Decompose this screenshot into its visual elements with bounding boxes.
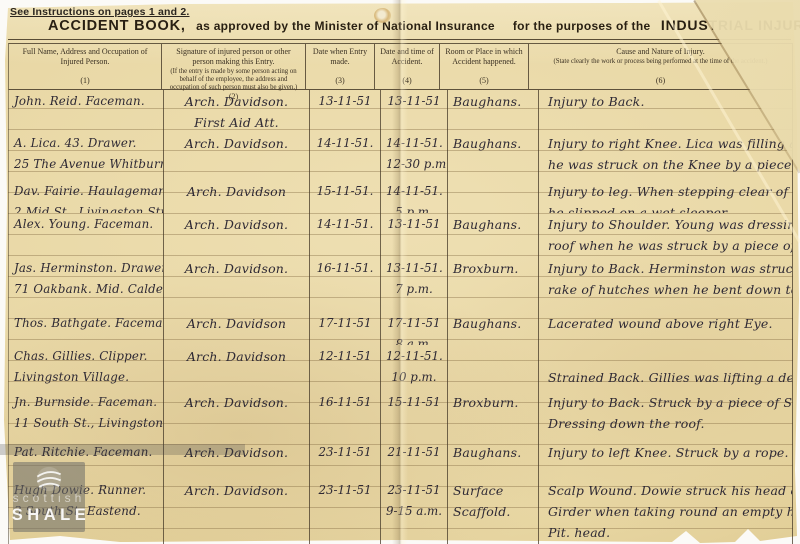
handwritten-line: Baughans. — [453, 442, 533, 463]
column-label-group: Cause and Nature of Injury. (State clear… — [533, 47, 788, 66]
cell-name: Dav. Fairie. Haulageman.2 Mid St., Livin… — [9, 180, 164, 213]
table-row: Hugh Dowie. Runner.3 South St. Eastend.A… — [8, 479, 793, 544]
handwritten-line: A. Lica. 43. Drawer. — [14, 133, 158, 154]
handwritten-line: 8 a.m. — [386, 334, 442, 345]
cell-signature: Arch. Davidson — [164, 312, 310, 345]
handwritten-line: Injury to left Knee. Struck by a rope. — [548, 442, 787, 463]
handwritten-line: 23-11-51 — [315, 442, 375, 463]
handwritten-line: 3 South St. Eastend. — [14, 501, 158, 522]
cell-entry-date: 16-11-51. — [310, 257, 381, 312]
column-number: (5) — [444, 76, 524, 87]
column-subnote: (If the entry is made by some person act… — [166, 68, 301, 93]
cell-cause: Scalp Wound. Dowie struck his head on a … — [539, 479, 793, 544]
column-header-place: Room or Place in which Accident happened… — [440, 44, 529, 89]
handwritten-line: Broxburn. — [453, 392, 533, 413]
handwritten-line: 12-11-51 — [315, 346, 375, 367]
cell-name: Jas. Herminston. Drawer.71 Oakbank. Mid.… — [9, 257, 164, 312]
handwritten-line: 10 p.m. — [386, 367, 442, 388]
cell-signature: Arch. Davidson — [164, 180, 310, 213]
handwritten-line: 13-11-51 — [315, 91, 375, 112]
table-row: Alex. Young. Faceman.Arch. Davidson.14-1… — [8, 213, 793, 257]
column-header-accident-datetime: Date and time of Accident. (4) — [375, 44, 440, 89]
cell-cause: Injury to Back. Struck by a piece of Sha… — [539, 391, 793, 441]
cell-signature: Arch. Davidson. — [164, 132, 310, 180]
handwritten-line — [548, 346, 787, 367]
handwritten-line: John. Reid. Faceman. — [14, 91, 158, 112]
handwritten-line: Pat. Ritchie. Faceman. — [14, 442, 158, 463]
table-row: Thos. Bathgate. Faceman.Arch. Davidson17… — [8, 312, 793, 345]
document-title: ACCIDENT BOOK, as approved by the Minist… — [48, 17, 780, 35]
cell-place: Baughans. — [448, 441, 539, 479]
column-header-full-name: Full Name, Address and Occupation of Inj… — [9, 44, 162, 89]
cell-signature: Arch. Davidson. — [164, 213, 310, 257]
cell-cause: Lacerated wound above right Eye. — [539, 312, 793, 345]
handwritten-line: First Aid Att. — [169, 112, 304, 132]
handwritten-line: Baughans. — [453, 214, 533, 235]
handwritten-line: Strained Back. Gillies was lifting a der… — [548, 367, 787, 388]
table-header: Full Name, Address and Occupation of Inj… — [8, 43, 793, 90]
column-label: Full Name, Address and Occupation of Inj… — [13, 47, 157, 67]
title-purposes: for the purposes of the — [513, 19, 651, 33]
cell-cause: Injury to leg. When stepping clear of Ri… — [539, 180, 793, 213]
handwritten-line: Baughans. — [453, 133, 533, 154]
handwritten-line: Injury to Back. — [548, 91, 787, 112]
cell-accident-datetime: 17-11-518 a.m. — [381, 312, 448, 345]
column-label: Date when Entry made. — [310, 47, 370, 67]
cell-place: Baughans. — [448, 213, 539, 257]
handwritten-line: he was struck on the Knee by a piece of … — [548, 154, 787, 175]
cell-signature: Arch. Davidson.First Aid Att. — [164, 90, 310, 132]
scanned-document: See Instructions on pages 1 and 2. ACCID… — [0, 0, 800, 544]
column-label-group: Signature of injured person or other per… — [166, 47, 301, 92]
handwritten-line: 13-11-51 — [386, 214, 442, 235]
handwritten-line: Injury to right Knee. Lica was filling a… — [548, 133, 787, 154]
column-number: (4) — [379, 76, 435, 87]
handwritten-line: Surface — [453, 480, 533, 501]
cell-name: A. Lica. 43. Drawer.25 The Avenue Whitbu… — [9, 132, 164, 180]
handwritten-line: Dav. Fairie. Haulageman. — [14, 181, 158, 202]
handwritten-line: Alex. Young. Faceman. — [14, 214, 158, 235]
handwritten-line: 14-11-51. — [386, 181, 442, 202]
column-label: Cause and Nature of Injury. — [533, 47, 788, 57]
cell-cause: Injury to right Knee. Lica was filling a… — [539, 132, 793, 180]
column-subnote: (State clearly the work or process being… — [533, 58, 788, 66]
handwritten-line: Broxburn. — [453, 258, 533, 279]
table-row: Jn. Burnside. Faceman.11 South St., Livi… — [8, 391, 793, 441]
cell-name: Alex. Young. Faceman. — [9, 213, 164, 257]
handwritten-line: Injury to Back. Herminston was struck by… — [548, 258, 787, 279]
cell-entry-date: 14-11-51. — [310, 132, 381, 180]
cell-name: Jn. Burnside. Faceman.11 South St., Livi… — [9, 391, 164, 441]
handwritten-line: 12-30 p.m. — [386, 154, 442, 175]
handwritten-line: Arch. Davidson. — [169, 480, 304, 501]
cell-accident-datetime: 12-11-51.10 p.m. — [381, 345, 448, 391]
title-divider-rule — [8, 39, 791, 40]
handwritten-line: Baughans. — [453, 91, 533, 112]
table-row: Jas. Herminston. Drawer.71 Oakbank. Mid.… — [8, 257, 793, 312]
handwritten-line: Livingston Village. — [14, 367, 158, 388]
column-header-signature: Signature of injured person or other per… — [162, 44, 306, 89]
cell-place — [448, 345, 539, 391]
handwritten-line: he slipped on a wet sleeper. — [548, 202, 787, 213]
cell-place: Baughans. — [448, 90, 539, 132]
column-label: Room or Place in which Accident happened… — [444, 47, 524, 67]
cell-name: Chas. Gillies. Clipper.Livingston Villag… — [9, 345, 164, 391]
handwritten-line: Arch. Davidson. — [169, 392, 304, 413]
cell-accident-datetime: 23-11-519-15 a.m. — [381, 479, 448, 544]
handwritten-line: Arch. Davidson — [169, 181, 304, 202]
handwritten-line: 15-11-51. — [315, 181, 375, 202]
table-row: John. Reid. Faceman.Arch. Davidson.First… — [8, 90, 793, 132]
cell-accident-datetime: 14-11-51.5 p.m. — [381, 180, 448, 213]
handwritten-line: 15-11-51 — [386, 392, 442, 413]
handwritten-line: rake of hutches when he bent down to lif… — [548, 279, 787, 300]
handwritten-line: 11 South St., Livingston Stn. — [14, 413, 158, 434]
handwritten-line: Girder when taking round an empty hutch … — [548, 501, 787, 522]
handwritten-line: 17-11-51 — [386, 313, 442, 334]
handwritten-line: 16-11-51 — [315, 392, 375, 413]
accident-table: Full Name, Address and Occupation of Inj… — [8, 43, 793, 544]
handwritten-line: Scalp Wound. Dowie struck his head on a … — [548, 480, 787, 501]
title-approved: as approved by the Minister of National … — [196, 19, 495, 33]
cell-entry-date: 14-11-51. — [310, 213, 381, 257]
cell-place: SurfaceScaffold. — [448, 479, 539, 544]
cell-place — [448, 180, 539, 213]
handwritten-line: Hugh Dowie. Runner. — [14, 480, 158, 501]
handwritten-line: 13-11-51 — [386, 91, 442, 112]
paper-stain — [374, 8, 391, 23]
cell-accident-datetime: 13-11-51 — [381, 213, 448, 257]
table-row: Dav. Fairie. Haulageman.2 Mid St., Livin… — [8, 180, 793, 213]
handwritten-line: Dressing down the roof. — [548, 413, 787, 434]
handwritten-line: 23-11-51 — [315, 480, 375, 501]
column-label: Signature of injured person or other per… — [166, 47, 301, 67]
cell-place: Baughans. — [448, 132, 539, 180]
table-row: Chas. Gillies. Clipper.Livingston Villag… — [8, 345, 793, 391]
cell-accident-datetime: 21-11-51 — [381, 441, 448, 479]
handwritten-line: 7 p.m. — [386, 279, 442, 300]
cell-signature: Arch. Davidson. — [164, 257, 310, 312]
table-row: A. Lica. 43. Drawer.25 The Avenue Whitbu… — [8, 132, 793, 180]
cell-cause: Injury to Shoulder. Young was dressing d… — [539, 213, 793, 257]
column-number: (6) — [533, 76, 788, 87]
handwritten-line: Chas. Gillies. Clipper. — [14, 346, 158, 367]
cell-place: Baughans. — [448, 312, 539, 345]
handwritten-line: Baughans. — [453, 313, 533, 334]
handwritten-line: 23-11-51 — [386, 480, 442, 501]
column-label: Date and time of Accident. — [379, 47, 435, 67]
handwritten-line: 16-11-51. — [315, 258, 375, 279]
column-header-cause: Cause and Nature of Injury. (State clear… — [529, 44, 793, 89]
cell-name: Thos. Bathgate. Faceman. — [9, 312, 164, 345]
title-act: INDUSTRIAL INJURIES ACT, 1946. — [661, 17, 800, 33]
cell-name: Hugh Dowie. Runner.3 South St. Eastend. — [9, 479, 164, 544]
column-header-entry-date: Date when Entry made. (3) — [306, 44, 375, 89]
handwritten-line: 25 The Avenue Whitburn. — [14, 154, 158, 175]
handwritten-line: Arch. Davidson. — [169, 258, 304, 279]
handwritten-line: Injury to leg. When stepping clear of Ri… — [548, 181, 787, 202]
cell-entry-date: 13-11-51 — [310, 90, 381, 132]
cell-accident-datetime: 13-11-51 — [381, 90, 448, 132]
handwritten-line: 9-15 a.m. — [386, 501, 442, 522]
cell-entry-date: 16-11-51 — [310, 391, 381, 441]
handwritten-line: 5 p.m. — [386, 202, 442, 213]
handwritten-line: Arch. Davidson — [169, 346, 304, 367]
handwritten-line: Arch. Davidson. — [169, 91, 304, 112]
cell-entry-date: 23-11-51 — [310, 441, 381, 479]
cell-place: Broxburn. — [448, 257, 539, 312]
cell-entry-date: 17-11-51 — [310, 312, 381, 345]
cell-name: Pat. Ritchie. Faceman. — [9, 441, 164, 479]
handwritten-line: 71 Oakbank. Mid. Calder. — [14, 279, 158, 300]
handwritten-line: Arch. Davidson. — [169, 133, 304, 154]
handwritten-line: Thos. Bathgate. Faceman. — [14, 313, 158, 334]
column-number: (1) — [13, 76, 157, 87]
handwritten-line: Scaffold. — [453, 501, 533, 522]
handwritten-line: 14-11-51. — [315, 214, 375, 235]
handwritten-line: 14-11-51. — [315, 133, 375, 154]
handwritten-line: Pit. head. — [548, 522, 787, 543]
handwritten-line: Injury to Shoulder. Young was dressing d… — [548, 214, 787, 235]
handwritten-line: Jn. Burnside. Faceman. — [14, 392, 158, 413]
cell-cause: Injury to Back. Herminston was struck by… — [539, 257, 793, 312]
cell-accident-datetime: 14-11-51.12-30 p.m. — [381, 132, 448, 180]
cell-name: John. Reid. Faceman. — [9, 90, 164, 132]
cell-cause: Injury to Back. — [539, 90, 793, 132]
cell-entry-date: 12-11-51 — [310, 345, 381, 391]
cell-accident-datetime: 13-11-51.7 p.m. — [381, 257, 448, 312]
cell-place: Broxburn. — [448, 391, 539, 441]
title-accident-book: ACCIDENT BOOK, — [48, 18, 186, 34]
handwritten-line: 12-11-51. — [386, 346, 442, 367]
handwritten-line: 21-11-51 — [386, 442, 442, 463]
handwritten-line: Injury to Back. Struck by a piece of Sha… — [548, 392, 787, 413]
cell-signature: Arch. Davidson. — [164, 391, 310, 441]
cell-entry-date: 15-11-51. — [310, 180, 381, 213]
handwritten-line: roof when he was struck by a piece of Sh… — [548, 235, 787, 256]
handwritten-line: 14-11-51. — [386, 133, 442, 154]
handwritten-line: Arch. Davidson. — [169, 214, 304, 235]
cell-signature: Arch. Davidson — [164, 345, 310, 391]
cell-accident-datetime: 15-11-51 — [381, 391, 448, 441]
title-left: ACCIDENT BOOK, as approved by the Minist… — [48, 17, 495, 35]
handwritten-line: 17-11-51 — [315, 313, 375, 334]
title-right: for the purposes of the INDUSTRIAL INJUR… — [513, 17, 800, 35]
cell-cause: Strained Back. Gillies was lifting a der… — [539, 345, 793, 391]
accident-table-body: John. Reid. Faceman.Arch. Davidson.First… — [8, 90, 793, 544]
table-row: Pat. Ritchie. Faceman.Arch. Davidson.23-… — [8, 441, 793, 479]
cell-signature: Arch. Davidson. — [164, 479, 310, 544]
handwritten-line: Lacerated wound above right Eye. — [548, 313, 787, 334]
handwritten-line: Arch. Davidson — [169, 313, 304, 334]
handwritten-line: Jas. Herminston. Drawer. — [14, 258, 158, 279]
cell-entry-date: 23-11-51 — [310, 479, 381, 544]
handwritten-line: Arch. Davidson. — [169, 442, 304, 463]
cell-cause: Injury to left Knee. Struck by a rope. — [539, 441, 793, 479]
cell-signature: Arch. Davidson. — [164, 441, 310, 479]
handwritten-line: 13-11-51. — [386, 258, 442, 279]
column-number: (3) — [310, 76, 370, 87]
handwritten-line: 2 Mid St., Livingston Stn. — [14, 202, 158, 213]
